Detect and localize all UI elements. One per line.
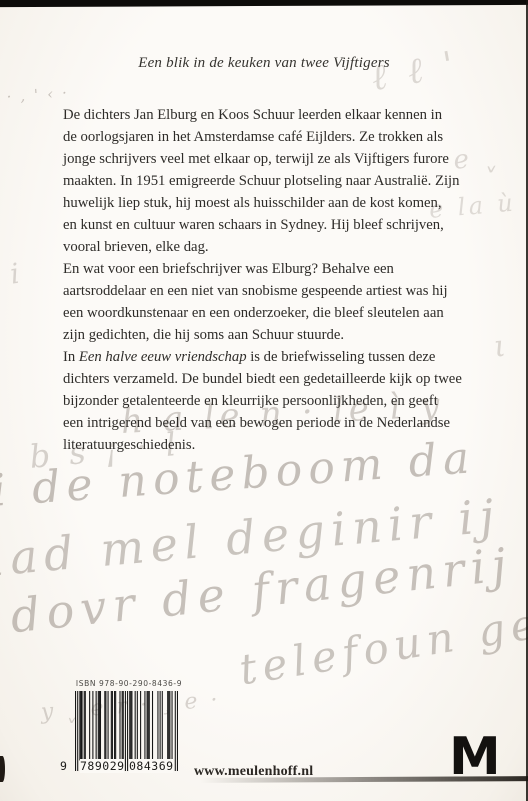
barcode-digit-group: 084369: [129, 759, 173, 773]
barcode-digit-group: 789029: [80, 759, 124, 773]
publisher-website: www.meulenhoff.nl: [194, 764, 313, 780]
body-line: vooral brieven, elke dag.: [63, 236, 477, 258]
book-back-cover: ℓ ℓ '· , ' ‹ ·e ˬe la ùiι ˬh a le n · le…: [0, 0, 528, 801]
handwriting-stroke: ι ˬ: [492, 325, 528, 365]
body-line: De dichters Jan Elburg en Koos Schuur le…: [63, 104, 477, 126]
body-line: maakten. In 1951 emigreerde Schuur plots…: [63, 170, 477, 192]
cover-tagline: Een blik in de keuken van twee Vijftiger…: [0, 55, 528, 72]
body-line: huwelijk liep stuk, hij moest als huissc…: [63, 192, 477, 214]
body-line: zijn gedichten, die hij soms aan Schuur …: [63, 324, 477, 346]
handwriting-stroke: aad mel deginir ij: [0, 488, 502, 588]
body-line: aartsroddelaar en een niet van snobisme …: [63, 280, 477, 302]
handwriting-stroke: telefoun gen: [236, 593, 528, 694]
meulenhoff-m-logo: M: [449, 731, 501, 783]
mixed-line-prefix: In: [63, 349, 79, 365]
photo-edge-left-nick: [0, 756, 5, 782]
body-line: een intrigerend beeld van een bewogen pe…: [63, 412, 477, 434]
handwriting-stroke: · , ' ‹ ·: [6, 84, 70, 106]
photo-edge-top: [0, 0, 528, 7]
body-line: een woordkunstenaar en een onderzoeker, …: [63, 302, 477, 324]
book-title-italic: Een halve eeuw vriendschap: [79, 349, 247, 365]
body-line: bijzonder getalenteerde en kleurrijke pe…: [63, 390, 477, 412]
body-line: dichters verzameld. De bundel biedt een …: [63, 368, 477, 390]
blurb-text: De dichters Jan Elburg en Koos Schuur le…: [63, 104, 477, 456]
body-line: en kunst en cultuur waren schaars in Syd…: [63, 214, 477, 236]
body-line-with-book-title: In Een halve eeuw vriendschap is de brie…: [63, 346, 477, 368]
mixed-line-suffix: is de briefwisseling tussen deze: [247, 349, 436, 365]
handwriting-stroke: i: [8, 256, 25, 290]
handwriting-stroke: · dovr de fragenrij: [0, 537, 515, 648]
body-line: jonge schrijvers veel met elkaar op, ter…: [63, 148, 477, 170]
body-line: literatuurgeschiedenis.: [63, 434, 477, 456]
body-line: de oorlogsjaren in het Amsterdamse café …: [63, 126, 477, 148]
isbn-label: ISBN 978-90-290-8436-9: [58, 679, 200, 688]
barcode-digit-lead: 9: [60, 759, 67, 773]
body-line: En wat voor een briefschrijver was Elbur…: [63, 258, 477, 280]
